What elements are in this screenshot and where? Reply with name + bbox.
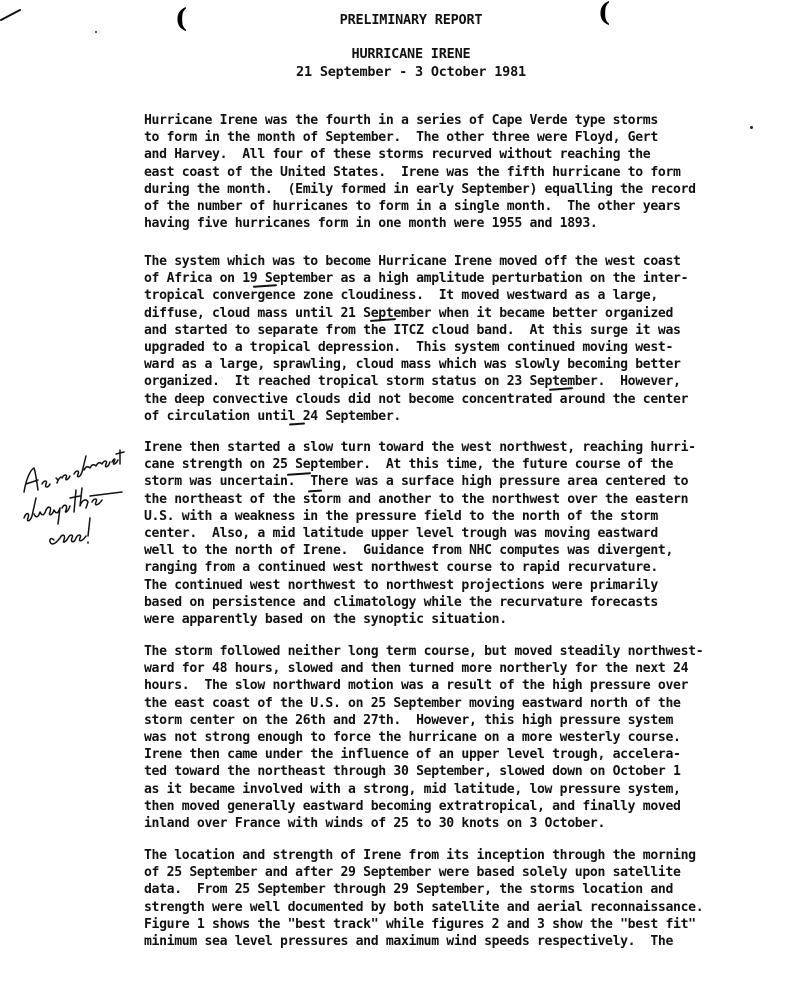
text-line: was not strong enough to force the hurri…: [144, 729, 703, 746]
handwritten-margin-note: [4, 440, 144, 550]
text-line: The location and strength of Irene from …: [144, 847, 703, 864]
text-line: Irene then started a slow turn toward th…: [144, 439, 696, 456]
text-line: ward as a large, sprawling, cloud mass w…: [144, 356, 688, 373]
text-line: center. Also, a mid latitude upper level…: [144, 525, 696, 542]
underline-mark-24: [289, 422, 305, 425]
text-line: then moved generally eastward becoming e…: [144, 798, 703, 815]
text-line: during the month. (Emily formed in early…: [144, 181, 696, 198]
text-line: as it became involved with a strong, mid…: [144, 781, 703, 798]
text-line: minimum sea level pressures and maximum …: [144, 933, 703, 950]
text-line: tropical convergence zone cloudiness. It…: [144, 287, 688, 304]
text-line: storm was uncertain. There was a surface…: [144, 473, 696, 490]
storm-name-heading: HURRICANE IRENE: [11, 46, 800, 62]
text-line: and started to separate from the ITCZ cl…: [144, 322, 688, 339]
text-line: based on persistence and climatology whi…: [144, 594, 696, 611]
text-line: U.S. with a weakness in the pressure fie…: [144, 508, 696, 525]
text-line: ward for 48 hours, slowed and then turne…: [144, 660, 703, 677]
text-line: organized. It reached tropical storm sta…: [144, 373, 688, 390]
text-line: storm center on the 26th and 27th. Howev…: [144, 712, 703, 729]
text-line: to form in the month of September. The o…: [144, 129, 696, 146]
stray-mark: [95, 31, 97, 33]
handwriting-annotation: [4, 440, 144, 550]
text-line: Hurricane Irene was the fourth in a seri…: [144, 112, 696, 129]
report-type-heading: PRELIMINARY REPORT: [11, 12, 800, 28]
text-line: were apparently based on the synoptic si…: [144, 611, 696, 628]
text-line: the northeast of the storm and another t…: [144, 491, 696, 508]
paragraph-formation: The system which was to become Hurricane…: [144, 253, 699, 425]
text-line: data. From 25 September through 29 Septe…: [144, 881, 703, 898]
text-line: and Harvey. All four of these storms rec…: [144, 146, 696, 163]
text-line: strength were well documented by both sa…: [144, 899, 703, 916]
text-line: well to the north of Irene. Guidance fro…: [144, 542, 696, 559]
text-line: cane strength on 25 September. At this t…: [144, 456, 696, 473]
text-line: ted toward the northeast through 30 Sept…: [144, 763, 703, 780]
text-line: of circulation until 24 September.: [144, 408, 688, 425]
paragraph-hurricane-strength: Irene then started a slow turn toward th…: [144, 439, 707, 628]
text-line: ranging from a continued west northwest …: [144, 559, 696, 576]
storm-dates-heading: 21 September - 3 October 1981: [11, 64, 800, 80]
text-line: inland over France with winds of 25 to 3…: [144, 815, 703, 832]
text-line: upgraded to a tropical depression. This …: [144, 339, 688, 356]
stray-mark: [750, 126, 753, 129]
text-line: of Africa on 19 September as a high ampl…: [144, 270, 688, 287]
paragraph-data-sources: The location and strength of Irene from …: [144, 847, 715, 950]
text-line: the east coast of the U.S. on 25 Septemb…: [144, 695, 703, 712]
paragraph-introduction: Hurricane Irene was the fourth in a seri…: [144, 112, 707, 232]
text-line: the deep convective clouds did not becom…: [144, 391, 688, 408]
text-line: The system which was to become Hurricane…: [144, 253, 688, 270]
text-line: The storm followed neither long term cou…: [144, 643, 703, 660]
text-line: of the number of hurricanes to form in a…: [144, 198, 696, 215]
paragraph-storm-track: The storm followed neither long term cou…: [144, 643, 715, 832]
text-line: hours. The slow northward motion was a r…: [144, 677, 703, 694]
text-line: east coast of the United States. Irene w…: [144, 164, 696, 181]
text-line: of 25 September and after 29 September w…: [144, 864, 703, 881]
text-line: having five hurricanes form in one month…: [144, 215, 696, 232]
text-line: diffuse, cloud mass until 21 September w…: [144, 305, 688, 322]
document-page: ( ( PRELIMINARY REPORT HURRICANE IRENE 2…: [0, 0, 800, 987]
text-line: The continued west northwest to northwes…: [144, 577, 696, 594]
text-line: Irene then came under the influence of a…: [144, 746, 703, 763]
text-line: Figure 1 shows the "best track" while fi…: [144, 916, 703, 933]
